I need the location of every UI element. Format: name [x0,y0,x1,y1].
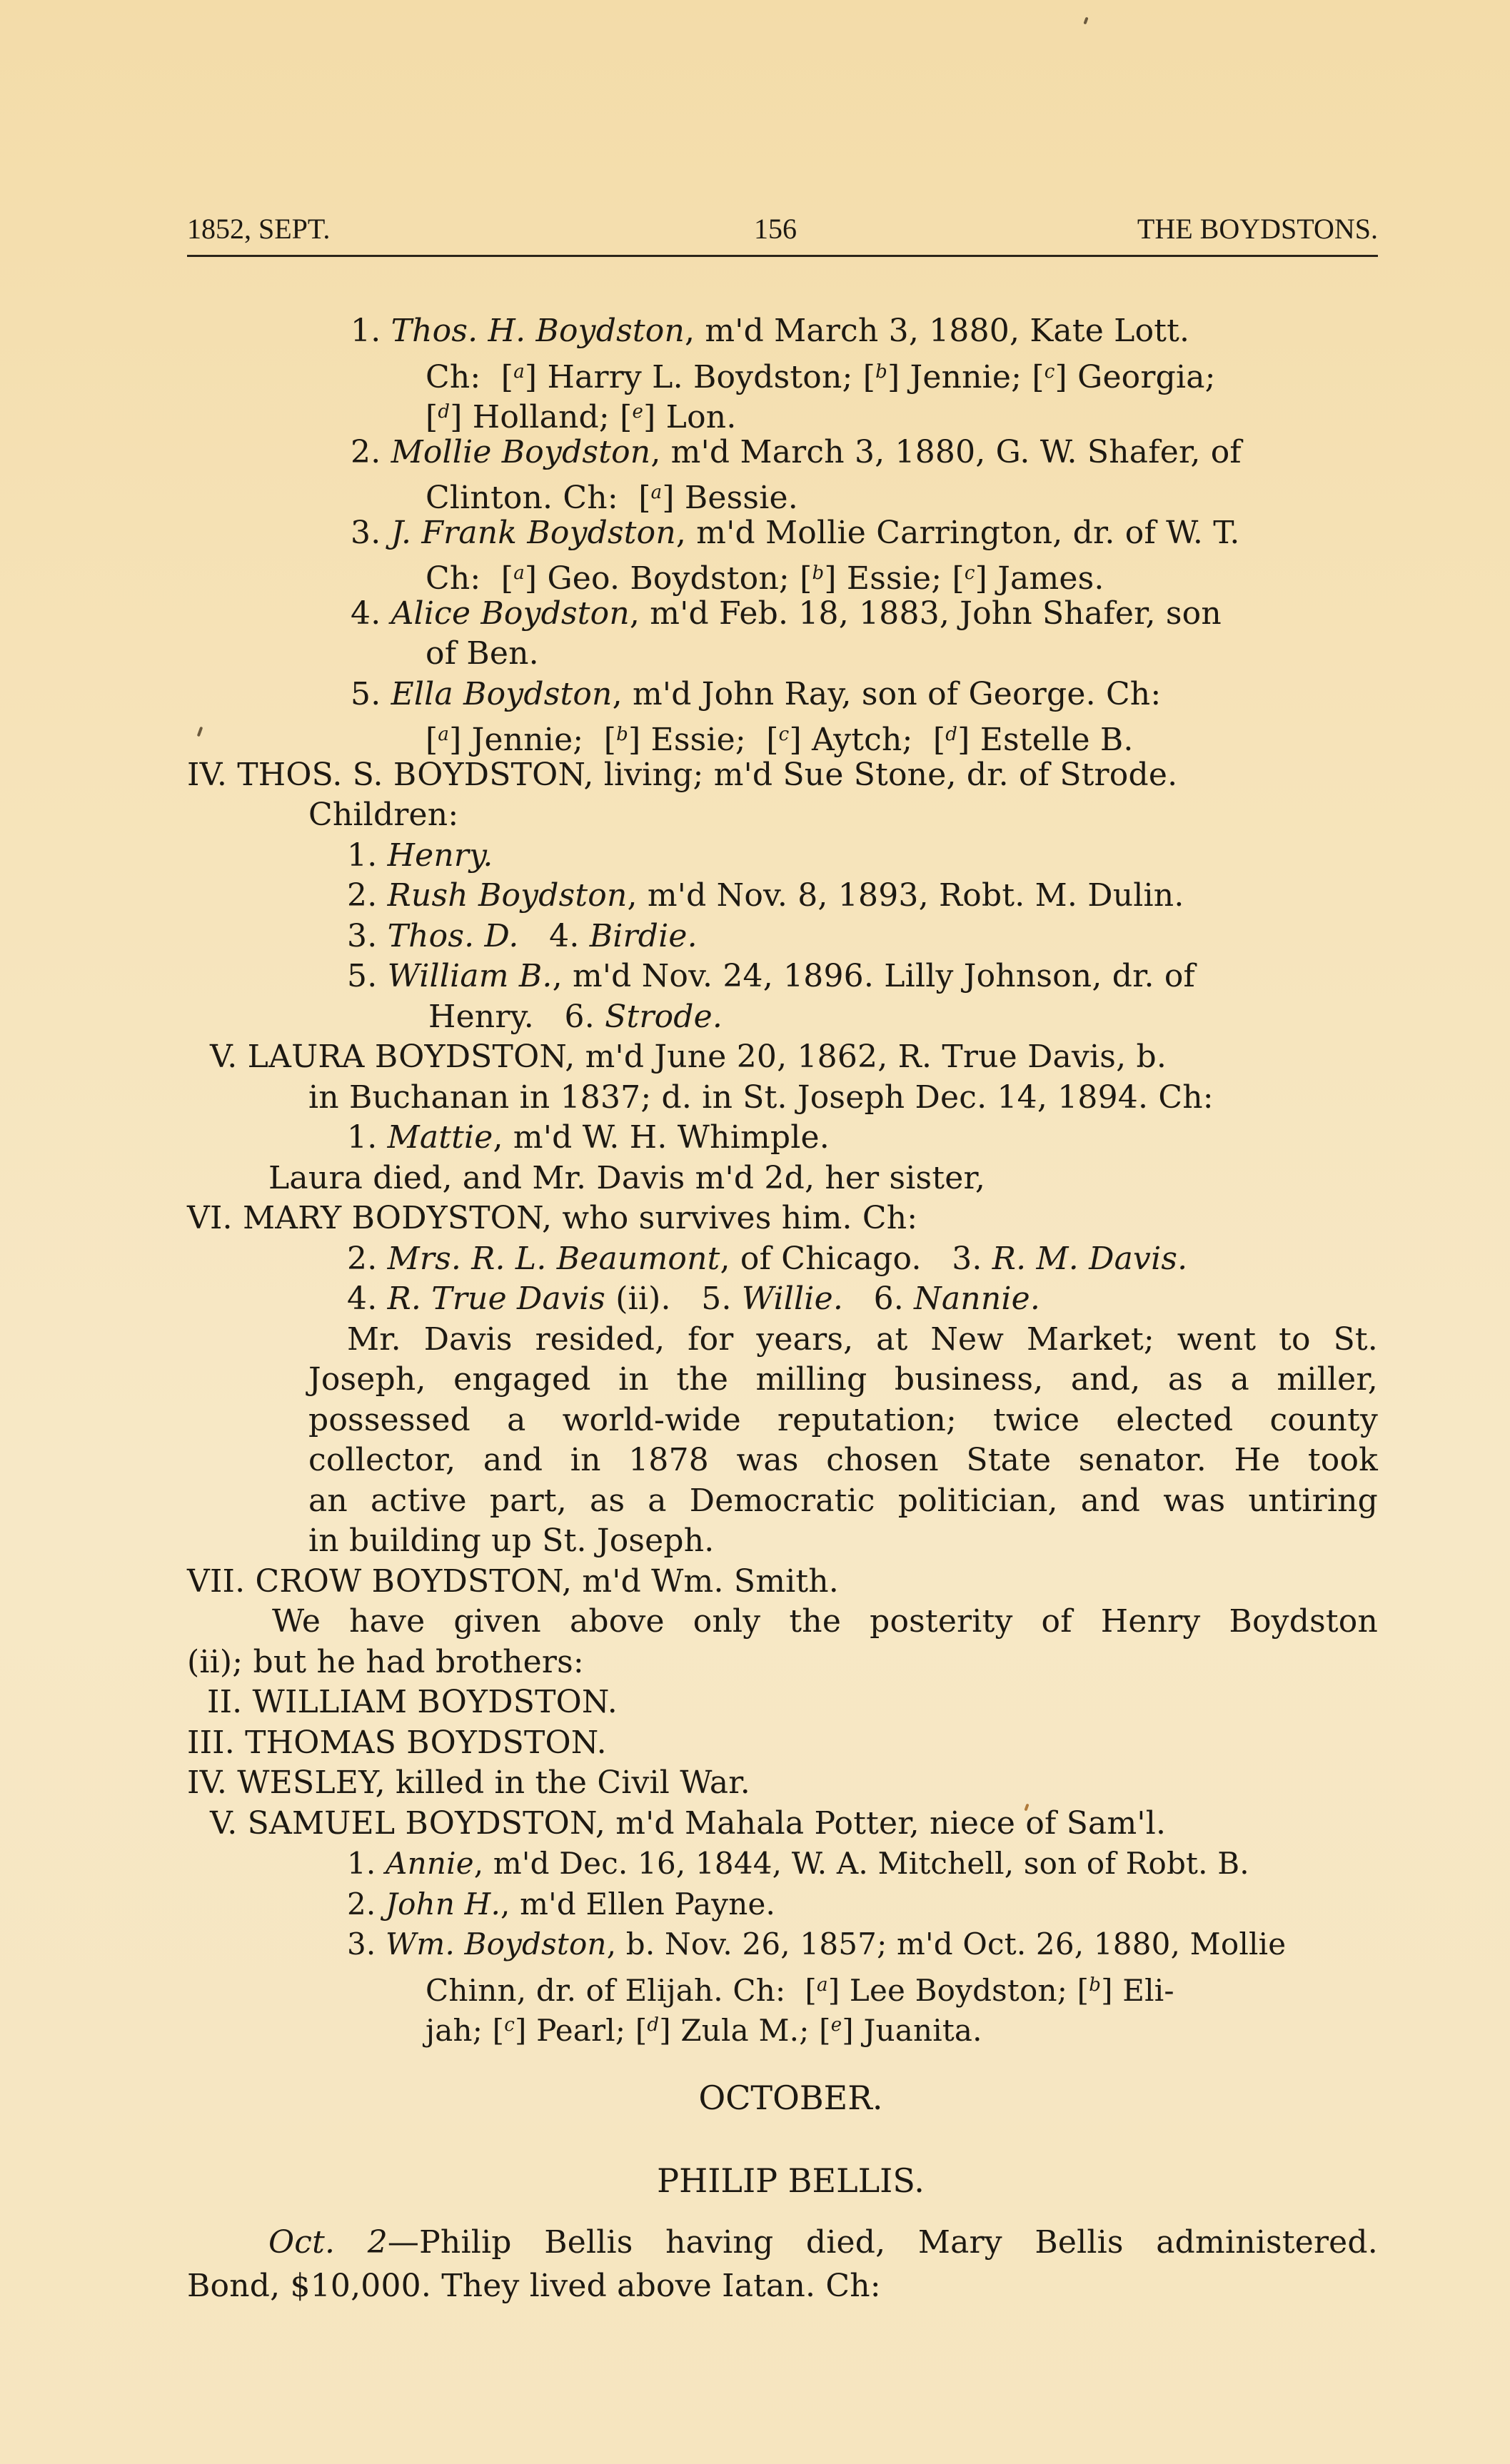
child-name: Eli- [1122,1973,1174,2008]
person-name: Strode. [605,999,723,1035]
entry-text: , m'd John Ray, son of George. Ch: [613,676,1162,712]
person-name: Willie. [742,1281,843,1317]
child-name: Zula M.; [680,2013,809,2048]
entry-line: 2. Mollie Boydston, m'd March 3, 1880, G… [351,433,1242,473]
brother-entry: V. SAMUEL BOYDSTON, m'd Mahala Potter, n… [210,1804,1166,1844]
item-number: 6. [874,1281,904,1317]
entry-text: LAURA BOYDSTON, m'd June 20, 1862, R. Tr… [248,1039,1167,1075]
paragraph-line: Joseph, engaged in the milling business,… [308,1360,1378,1400]
item-number: 5. [701,1281,731,1317]
entry-line: Bond, $10,000. They lived above Iatan. C… [187,2266,881,2306]
item-number: 1. [347,1846,376,1881]
child-name: Jennie; [472,722,584,758]
paragraph-line: We have given above only the posterity o… [272,1602,1378,1642]
footnote-letter: e [831,2014,842,2036]
item-number: 5. [351,676,381,712]
roman-numeral: VI. [187,1200,233,1236]
roman-numeral: V. [210,1805,237,1842]
brother-entry: II. WILLIAM BOYDSTON. [207,1682,618,1722]
generation-entry: VII. CROW BOYDSTON, m'd Wm. Smith. [187,1562,839,1602]
child-name: Estelle B. [980,722,1134,758]
item-number: 3. [347,1927,376,1961]
child-name: Georgia; [1077,359,1216,395]
narrative-line: Laura died, and Mr. Davis m'd 2d, her si… [268,1158,985,1198]
person-name: Mattie [388,1119,493,1156]
brother-entry: IV. WESLEY, killed in the Civil War. [187,1763,750,1803]
child-entry: 3. Thos. D. 4. Birdie. [347,917,698,956]
person-name: Rush Boydston [388,877,628,914]
entry-line: 1. Thos. H. Boydston, m'd March 3, 1880,… [351,311,1378,351]
header-rule [187,255,1378,257]
child-name: Juanita. [863,2013,982,2048]
item-number: 2. [347,1241,377,1277]
child-name: Essie; [651,722,746,758]
item-number: 2. [347,877,377,914]
child-name: Bessie. [685,480,798,516]
footnote-letter: a [438,724,449,745]
person-name: R. True Davis [388,1281,605,1317]
footnote-letter: b [875,361,887,383]
footnote-letter: a [513,562,525,584]
entry-text: , m'd March 3, 1880, G. W. Shafer, of [650,434,1242,470]
children-label: Ch: [426,359,480,395]
entry-text: WESLEY, killed in the Civil War. [237,1764,750,1801]
person-name: Alice Boydston [391,595,630,632]
child-name: jah; [426,2013,483,2048]
person-name: Nannie. [914,1281,1040,1317]
entry-continuation: of Ben. [426,634,539,674]
item-number: 6. [565,999,595,1035]
entry-text: , m'd Feb. 18, 1883, John Shafer, son [630,595,1222,632]
child-entry: 2. John H., m'd Ellen Payne. [347,1884,775,1924]
footnote-letter: d [945,724,957,745]
paragraph-line: (ii); but he had brothers: [187,1642,584,1682]
entry-continuation: in Buchanan in 1837; d. in St. Joseph De… [308,1078,1214,1118]
roman-numeral: II. [207,1684,242,1720]
person-name: Thos. H. Boydston [391,313,685,349]
child-name: Pearl; [536,2013,625,2048]
entry-line: 3. J. Frank Boydston, m'd Mollie Carring… [351,513,1240,553]
child-name: Geo. Boydston; [547,560,789,597]
running-header-title: THE BOYDSTONS. [1057,213,1378,246]
roman-numeral: V. [210,1039,237,1075]
entry-text: , of Chicago. [720,1241,922,1277]
children-line: Clinton. Ch: [a] Bessie. [426,473,798,518]
item-number: 2. [347,1887,376,1922]
item-number: 1. [351,313,381,349]
item-number: 4. [549,918,579,954]
entry-text: MARY BODYSTON, who survives him. Ch: [243,1200,917,1236]
entry-text: , m'd Dec. 16, 1844, W. A. Mitchell, son… [474,1846,1249,1881]
child-name: Aytch; [812,722,913,758]
entry-text: THOS. S. BOYDSTON, living; m'd Sue Stone… [237,757,1177,793]
item-number: 2. [351,434,381,470]
footnote-letter: a [651,482,663,503]
entry-text: SAMUEL BOYDSTON, m'd Mahala Potter, niec… [248,1805,1166,1842]
child-entry: 1. Henry. [347,836,493,876]
item-number: 5. [347,958,377,994]
footnote-letter: b [616,724,628,745]
item-number: 1. [347,837,377,874]
person-name: Mrs. R. L. Beaumont [388,1241,720,1277]
roman-numeral: IV. [187,757,227,793]
footnote-letter: c [504,2014,515,2036]
generation-entry: IV. THOS. S. BOYDSTON, living; m'd Sue S… [187,755,1177,795]
children-heading: Children: [308,795,458,835]
child-name: Jennie; [910,359,1022,395]
child-name: Lee Boydston; [850,1973,1067,2008]
child-entry: 5. William B., m'd Nov. 24, 1896. Lilly … [347,956,1195,996]
footnote-letter: d [438,401,450,423]
running-header-date: 1852, SEPT. [187,213,330,246]
footnote-letter: c [1045,361,1055,383]
roman-numeral: IV. [187,1764,227,1801]
entry-text: —Philip Bellis having died, Mary Bellis … [388,2224,1378,2261]
footnote-letter: b [812,562,824,584]
children-line: [d] Holland; [e] Lon. [426,392,737,438]
child-entry: Henry. 6. Strode. [428,997,723,1037]
footnote-letter: c [965,562,975,584]
paragraph-line: an active part, as a Democratic politici… [308,1481,1378,1521]
entry-line: 5. Ella Boydston, m'd John Ray, son of G… [351,675,1161,715]
page-number: 156 [754,213,797,246]
entry-text: Chinn, dr. of Elijah. Ch: [426,1973,785,2008]
item-number: 3. [351,515,381,551]
footnote-letter: a [513,361,525,383]
item-number: 4. [347,1281,377,1317]
item-number: 3. [952,1241,982,1277]
person-name: Henry. [388,837,493,874]
paragraph-line: possessed a world-wide reputation; twice… [308,1400,1378,1440]
roman-numeral: III. [187,1725,235,1761]
generation-entry: V. LAURA BOYDSTON, m'd June 20, 1862, R.… [210,1037,1167,1077]
child-entry: 3. Wm. Boydston, b. Nov. 26, 1857; m'd O… [347,1924,1286,1964]
brother-entry: III. THOMAS BOYDSTON. [187,1723,607,1763]
footnote-letter: c [779,724,790,745]
child-name: Essie; [847,560,942,597]
child-entry: 1. Mattie, m'd W. H. Whimple. [347,1118,830,1158]
paragraph-line: Mr. Davis resided, for years, at New Mar… [347,1320,1378,1360]
child-entry: 1. Annie, m'd Dec. 16, 1844, W. A. Mitch… [347,1844,1249,1884]
generation-entry: VI. MARY BODYSTON, who survives him. Ch: [187,1198,917,1238]
paper-speck [1083,17,1088,25]
child-name: Holland; [473,399,610,435]
footnote-letter: d [647,2014,659,2036]
entry-date: Oct. 2 [268,2224,388,2261]
footnote-letter: e [633,401,644,423]
children-line: Chinn, dr. of Elijah. Ch: [a] Lee Boydst… [426,1965,1174,2011]
entry-line: 4. Alice Boydston, m'd Feb. 18, 1883, Jo… [351,594,1222,634]
child-name: Lon. [666,399,737,435]
person-name: John H. [386,1887,500,1922]
child-entry: 2. Rush Boydston, m'd Nov. 8, 1893, Robt… [347,876,1184,916]
footnote-letter: a [817,1974,828,1996]
child-entry: 4. R. True Davis (ii). 5. Willie. 6. Nan… [347,1279,1040,1319]
entry-text: CROW BOYDSTON, m'd Wm. Smith. [256,1563,839,1600]
roman-numeral: VII. [187,1563,245,1600]
person-name: J. Frank Boydston [391,515,676,551]
book-page: 1852, SEPT. 156 THE BOYDSTONS. 1. Thos. … [0,0,1510,2464]
entry-text: THOMAS BOYDSTON. [245,1725,607,1761]
footnote-letter: b [1089,1974,1101,1996]
entry-text: , m'd Nov. 8, 1893, Robt. M. Dulin. [628,877,1184,914]
children-line: [a] Jennie; [b] Essie; [c] Aytch; [d] Es… [426,715,1134,760]
person-name: William B. [388,958,553,994]
children-line: Ch: [a] Geo. Boydston; [b] Essie; [c] Ja… [426,553,1104,599]
child-entry: 2. Mrs. R. L. Beaumont, of Chicago. 3. R… [347,1239,1187,1279]
month-heading: OCTOBER. [36,2078,1510,2118]
entry-text: , b. Nov. 26, 1857; m'd Oct. 26, 1880, M… [607,1927,1287,1961]
item-number: 1. [347,1119,377,1156]
person-name: R. M. Davis. [992,1241,1188,1277]
entry-text: Henry. [428,999,534,1035]
entry-text: Clinton. Ch: [426,480,618,516]
child-name: Harry L. Boydston; [547,359,852,395]
person-name: Thos. D. [388,918,519,954]
entry-text: , m'd W. H. Whimple. [493,1119,830,1156]
entry-text: , m'd Ellen Payne. [500,1887,775,1922]
entry-heading: PHILIP BELLIS. [36,2161,1510,2201]
item-number: 3. [347,918,377,954]
item-number: 4. [351,595,381,632]
person-name: Annie [386,1846,474,1881]
children-line: Ch: [a] Harry L. Boydston; [b] Jennie; [… [426,352,1216,398]
children-label: Ch: [426,560,480,597]
entry-line: Oct. 2—Philip Bellis having died, Mary B… [268,2223,1378,2263]
person-name: Mollie Boydston [391,434,651,470]
entry-text: WILLIAM BOYDSTON. [253,1684,618,1720]
paragraph-line: in building up St. Joseph. [308,1521,715,1561]
entry-text: , m'd Mollie Carrington, dr. of W. T. [676,515,1240,551]
entry-text: (ii). [605,1281,671,1317]
paper-speck [197,727,203,737]
child-name: James. [997,560,1104,597]
paragraph-line: collector, and in 1878 was chosen State … [308,1440,1378,1480]
person-name: Wm. Boydston [386,1927,607,1961]
entry-text: , m'd Nov. 24, 1896. Lilly Johnson, dr. … [553,958,1195,994]
person-name: Birdie. [590,918,698,954]
entry-text: , m'd March 3, 1880, Kate Lott. [685,313,1189,349]
children-line: jah; [c] Pearl; [d] Zula M.; [e] Juanita… [426,2005,982,2051]
person-name: Ella Boydston [391,676,613,712]
